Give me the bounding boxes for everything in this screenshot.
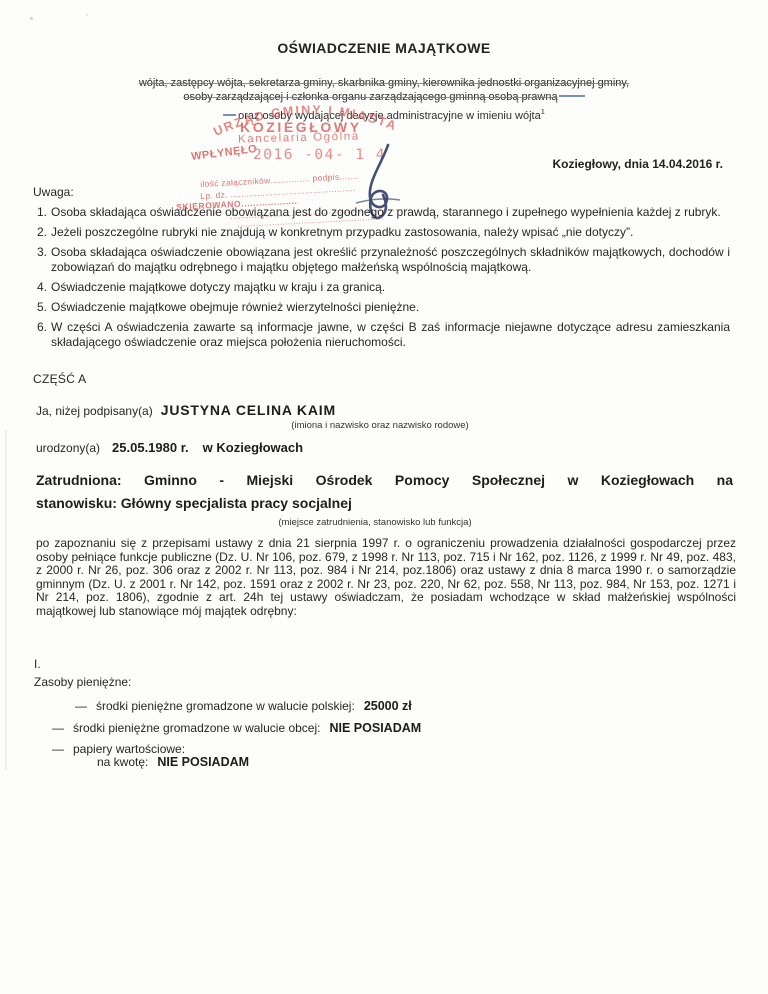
- employment-block: Zatrudniona: Gminno - Miejski Ośrodek Po…: [36, 469, 733, 515]
- document-page: OŚWIADCZENIE MAJĄTKOWE wójta, zastępcy w…: [0, 0, 768, 994]
- note-item: 2. Jeżeli poszczególne rubryki nie znajd…: [37, 225, 730, 240]
- note-number: 4.: [37, 280, 47, 295]
- employment-line: stanowisku: Główny specjalista pracy soc…: [36, 492, 733, 515]
- declarant-name-row: Ja, niżej podpisany(a)JUSTYNA CELINA KAI…: [36, 402, 736, 418]
- birth-row: urodzony(a)25.05.1980 r.w Koziegłowach: [36, 440, 736, 455]
- asset-label: na kwotę:: [97, 755, 148, 769]
- asset-value: 25000 zł: [364, 699, 412, 713]
- note-number: 2.: [37, 225, 47, 240]
- place-date-line: Koziegłowy, dnia 14.04.2016 r.: [552, 157, 723, 171]
- birth-place: w Koziegłowach: [203, 440, 303, 455]
- asset-value: NIE POSIADAM: [329, 721, 421, 735]
- note-text: Osoba składająca oświadczenie obowiązana…: [51, 205, 730, 220]
- birth-date: 25.05.1980 r.: [112, 440, 189, 455]
- dash-icon: —: [52, 742, 64, 756]
- strikethrough-line-1: wójta, zastępcy wójta, sekretarza gminy,…: [36, 77, 732, 91]
- employment-caption: (miejsce zatrudnienia, stanowisko lub fu…: [240, 517, 510, 528]
- stamp-received-label: WPŁYNĘŁO: [191, 143, 258, 163]
- name-caption: (imiona i nazwisko oraz nazwisko rodowe): [250, 420, 510, 431]
- note-number: 1.: [37, 205, 47, 220]
- footnote-ref: 1: [541, 107, 545, 116]
- page-title: OŚWIADCZENIE MAJĄTKOWE: [0, 40, 768, 56]
- asset-label: papiery wartościowe:: [73, 742, 185, 756]
- asset-label: środki pieniężne gromadzone w walucie ob…: [73, 721, 320, 735]
- employment-line: Zatrudniona: Gminno - Miejski Ośrodek Po…: [36, 469, 733, 492]
- asset-value: NIE POSIADAM: [157, 755, 249, 769]
- note-item: 4. Oświadczenie majątkowe dotyczy majątk…: [37, 280, 730, 295]
- section-number: I.: [34, 657, 41, 671]
- notes-list: 1. Osoba składająca oświadczenie obowiąz…: [37, 205, 730, 355]
- declarant-intro: Ja, niżej podpisany(a): [36, 404, 153, 418]
- note-item: 3. Osoba składająca oświadczenie obowiąz…: [37, 245, 730, 275]
- note-item: 6. W części A oświadczenia zawarte są in…: [37, 320, 730, 350]
- notes-label: Uwaga:: [33, 185, 74, 199]
- note-number: 3.: [37, 245, 47, 260]
- note-text: Osoba składająca oświadczenie obowiązana…: [51, 245, 730, 275]
- note-text: Oświadczenie majątkowe obejmuje również …: [51, 300, 730, 315]
- section-heading: Zasoby pieniężne:: [34, 675, 131, 689]
- declarant-name: JUSTYNA CELINA KAIM: [161, 402, 336, 418]
- note-text: Oświadczenie majątkowe dotyczy majątku w…: [51, 280, 730, 295]
- dash-icon: —: [52, 721, 64, 735]
- asset-line-amount: na kwotę:NIE POSIADAM: [97, 755, 249, 769]
- asset-line-securities: —papiery wartościowe:: [52, 742, 185, 756]
- dash-icon: —: [75, 699, 87, 713]
- note-number: 5.: [37, 300, 47, 315]
- strike-mark: [559, 95, 585, 96]
- legal-paragraph: po zapoznaniu się z przepisami ustawy z …: [36, 537, 736, 619]
- scan-speck: [86, 14, 88, 16]
- note-text: W części A oświadczenia zawarte są infor…: [51, 320, 730, 350]
- part-a-label: CZĘŚĆ A: [33, 372, 86, 386]
- asset-line-foreign: —środki pieniężne gromadzone w walucie o…: [52, 721, 421, 735]
- birth-label: urodzony(a): [36, 441, 100, 455]
- note-number: 6.: [37, 320, 47, 335]
- scan-edge-artifact: [5, 430, 7, 770]
- note-item: 1. Osoba składająca oświadczenie obowiąz…: [37, 205, 730, 220]
- note-text: Jeżeli poszczególne rubryki nie znajdują…: [51, 225, 730, 240]
- asset-line-pln: —środki pieniężne gromadzone w walucie p…: [75, 699, 412, 713]
- scan-speck: [30, 17, 33, 20]
- note-item: 5. Oświadczenie majątkowe obejmuje równi…: [37, 300, 730, 315]
- struck-text: wójta, zastępcy wójta, sekretarza gminy,…: [139, 77, 629, 89]
- asset-label: środki pieniężne gromadzone w walucie po…: [96, 699, 355, 713]
